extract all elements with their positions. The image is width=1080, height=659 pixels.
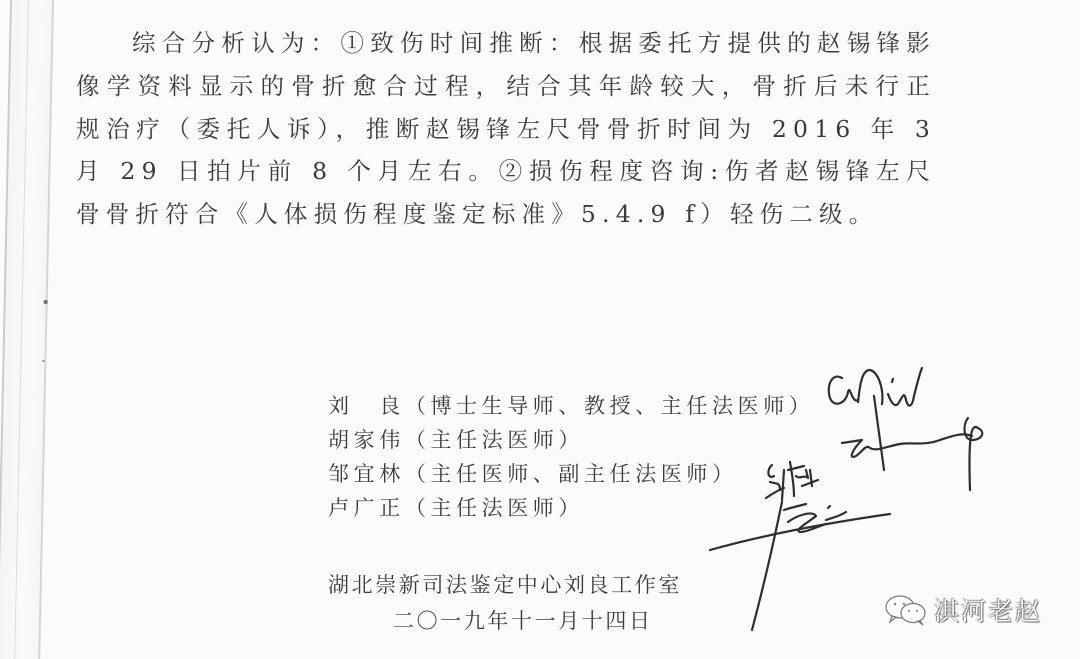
staple-mark bbox=[44, 300, 48, 304]
conclusion-paragraph: 综合分析认为：①致伤时间推断：根据委托方提供的赵锡锋影像学资料显示的骨折愈合过程… bbox=[76, 22, 936, 236]
hu-jiawei-signature-icon bbox=[842, 418, 982, 490]
watermark: 淇河老赵 bbox=[884, 590, 1042, 630]
page-binding-edge bbox=[0, 0, 54, 659]
signatory-name: 胡家伟 bbox=[328, 428, 405, 452]
signatory-row: 邹宜林（主任医师、副主任法医师） bbox=[328, 457, 814, 491]
organization-name: 湖北崇新司法鉴定中心刘良工作室 bbox=[328, 569, 682, 601]
signatory-name: 刘 良 bbox=[328, 394, 405, 418]
staple-mark bbox=[42, 360, 44, 362]
document-date: 二〇一九年十一月十四日 bbox=[393, 606, 653, 636]
watermark-text: 淇河老赵 bbox=[934, 592, 1042, 628]
wechat-icon bbox=[884, 593, 928, 627]
signatory-list: 刘 良（博士生导师、教授、主任法医师） 胡家伟（主任法医师） 邹宜林（主任医师、… bbox=[328, 389, 814, 525]
signatory-title: （博士生导师、教授、主任法医师） bbox=[405, 394, 815, 418]
signatory-name: 卢广正 bbox=[328, 496, 405, 520]
signatory-row: 卢广正（主任法医师） bbox=[328, 491, 814, 525]
signatory-title: （主任法医师） bbox=[405, 428, 584, 452]
signatory-title: （主任法医师） bbox=[405, 496, 584, 520]
signatory-row: 胡家伟（主任法医师） bbox=[328, 423, 814, 457]
analysis-conclusion: 综合分析认为：①致伤时间推断：根据委托方提供的赵锡锋影像学资料显示的骨折愈合过程… bbox=[76, 22, 936, 236]
signatory-name: 邹宜林 bbox=[328, 462, 405, 486]
signatory-row: 刘 良（博士生导师、教授、主任法医师） bbox=[328, 389, 814, 423]
liu-liang-signature-icon bbox=[829, 368, 922, 470]
signatory-title: （主任医师、副主任法医师） bbox=[405, 462, 738, 486]
